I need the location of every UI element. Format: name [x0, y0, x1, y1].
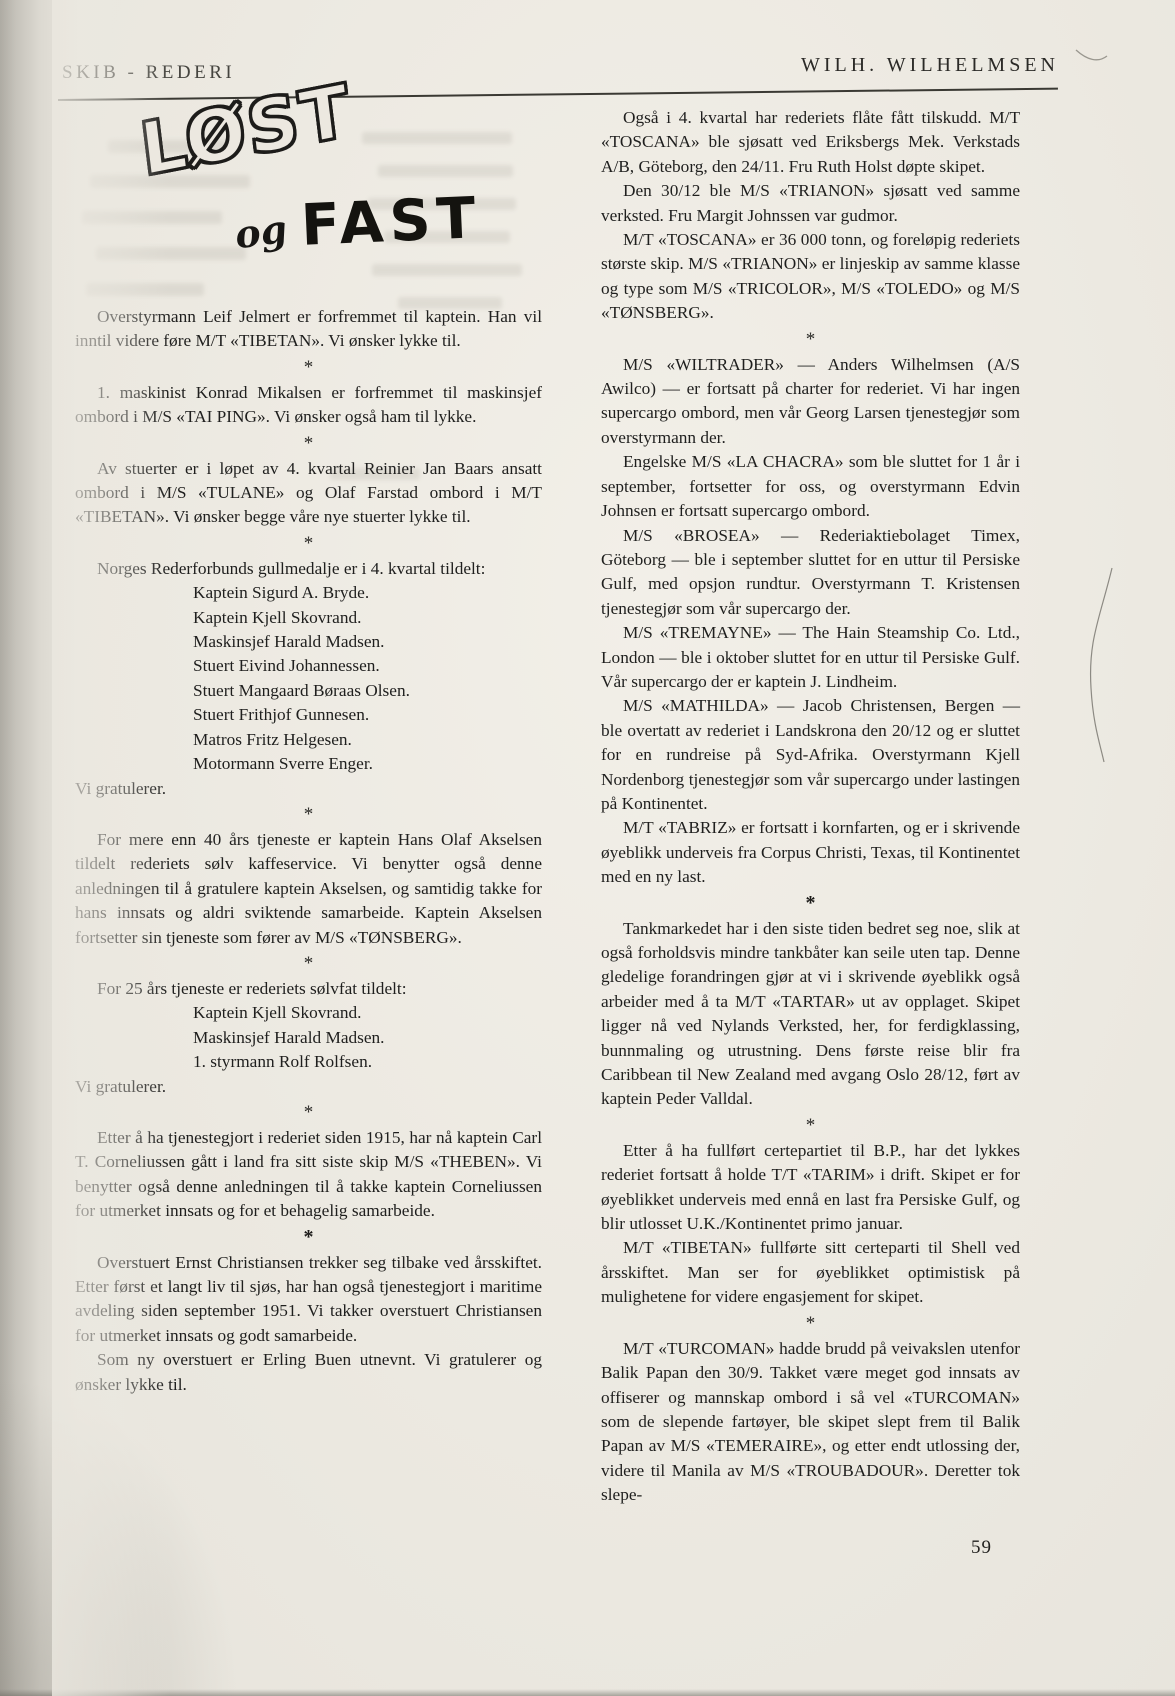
paragraph: For mere enn 40 års tjeneste er kaptein … — [75, 828, 542, 950]
lost-og-fast-logo: LØST og FAST — [75, 108, 542, 305]
paragraph: Norges Rederforbunds gullmedalje er i 4.… — [75, 557, 542, 581]
paragraph: M/T «TOSCANA» er 36 000 tonn, og foreløp… — [601, 228, 1020, 326]
paragraph: Overstyrmann Leif Jelmert er forfremmet … — [75, 305, 542, 354]
scan-bottom-edge — [0, 1689, 1175, 1696]
award-recipient: Kaptein Kjell Skovrand. — [193, 1001, 542, 1025]
award-recipient-list: Kaptein Sigurd A. Bryde.Kaptein Kjell Sk… — [75, 581, 542, 776]
right-column-text: Også i 4. kvartal har rederiets flåte få… — [601, 106, 1020, 1508]
paragraph: M/S «BROSEA» — Rederiaktiebolaget Timex,… — [601, 524, 1020, 622]
asterisk-separator: * — [601, 1310, 1020, 1337]
hair-scratch-artifact — [1091, 568, 1112, 762]
asterisk-separator: * — [75, 430, 542, 457]
logo-word-fast: FAST — [301, 206, 482, 238]
left-column: LØST og FAST Overstyrmann Leif Jelmert e… — [75, 108, 542, 1397]
award-recipient: Kaptein Sigurd A. Bryde. — [193, 581, 542, 605]
paragraph: Overstuert Ernst Christiansen trekker se… — [75, 1251, 542, 1349]
asterisk-separator: * — [75, 1099, 542, 1126]
paragraph: Den 30/12 ble M/S «TRIANON» sjøsatt ved … — [601, 179, 1020, 228]
magazine-page: SKIB - REDERI WILH. WILHELMSEN LØST og F… — [0, 0, 1175, 1696]
section-title: SKIB - REDERI — [62, 62, 235, 84]
left-column-text: Overstyrmann Leif Jelmert er forfremmet … — [75, 305, 542, 1397]
corner-curl-artifact — [1076, 50, 1107, 60]
asterisk-separator: * — [601, 1112, 1020, 1139]
award-recipient: Maskinsjef Harald Madsen. — [193, 630, 542, 654]
asterisk-separator: * — [601, 326, 1020, 353]
paragraph: Tankmarkedet har i den siste tiden bedre… — [601, 917, 1020, 1112]
asterisk-separator: * — [601, 890, 1020, 917]
logo-word-lost: LØST — [139, 98, 352, 163]
paragraph: Også i 4. kvartal har rederiets flåte få… — [601, 106, 1020, 179]
paragraph: M/T «TIBETAN» fullførte sitt certeparti … — [601, 1236, 1020, 1309]
award-recipient: Stuert Mangaard Børaas Olsen. — [193, 679, 542, 703]
award-recipient: Stuert Frithjof Gunnesen. — [193, 703, 542, 727]
award-recipient: Motormann Sverre Enger. — [193, 752, 542, 776]
page-number: 59 — [971, 1537, 992, 1559]
award-recipient: 1. styrmann Rolf Rolfsen. — [193, 1050, 542, 1074]
paragraph: Som ny overstuert er Erling Buen utnevnt… — [75, 1348, 542, 1397]
asterisk-separator: * — [75, 530, 542, 557]
asterisk-separator: * — [75, 950, 542, 977]
paragraph: Vi gratulerer. — [75, 1075, 542, 1099]
paragraph: M/S «WILTRADER» — Anders Wilhelmsen (A/S… — [601, 353, 1020, 451]
paragraph: M/T «TABRIZ» er fortsatt i kornfarten, o… — [601, 816, 1020, 889]
paragraph: Vi gratulerer. — [75, 777, 542, 801]
award-recipient-list: Kaptein Kjell Skovrand.Maskinsjef Harald… — [75, 1001, 542, 1074]
paragraph: Etter å ha fullført certepartiet til B.P… — [601, 1139, 1020, 1237]
award-recipient: Matros Fritz Helgesen. — [193, 728, 542, 752]
paragraph: Av stuerter er i løpet av 4. kvartal Rei… — [75, 457, 542, 530]
right-column: Også i 4. kvartal har rederiets flåte få… — [601, 106, 1020, 1508]
paragraph: For 25 års tjeneste er rederiets sølvfat… — [75, 977, 542, 1001]
award-recipient: Maskinsjef Harald Madsen. — [193, 1026, 542, 1050]
asterisk-separator: * — [75, 801, 542, 828]
award-recipient: Kaptein Kjell Skovrand. — [193, 606, 542, 630]
paragraph: Etter å ha tjenestegjort i rederiet side… — [75, 1126, 542, 1224]
paragraph: Engelske M/S «LA CHACRA» som ble sluttet… — [601, 450, 1020, 523]
paragraph: M/T «TURCOMAN» hadde brudd på veivakslen… — [601, 1337, 1020, 1508]
asterisk-separator: * — [75, 354, 542, 381]
paragraph: M/S «TREMAYNE» — The Hain Steamship Co. … — [601, 621, 1020, 694]
paragraph: M/S «MATHILDA» — Jacob Christensen, Berg… — [601, 694, 1020, 816]
award-recipient: Stuert Eivind Johannessen. — [193, 654, 542, 678]
company-name: WILH. WILHELMSEN — [801, 54, 1059, 77]
binding-gutter-shadow — [0, 0, 78, 1696]
paragraph: 1. maskinist Konrad Mikalsen er forfremm… — [75, 381, 542, 430]
logo-word-og: og — [234, 217, 289, 248]
asterisk-separator: * — [75, 1224, 542, 1251]
